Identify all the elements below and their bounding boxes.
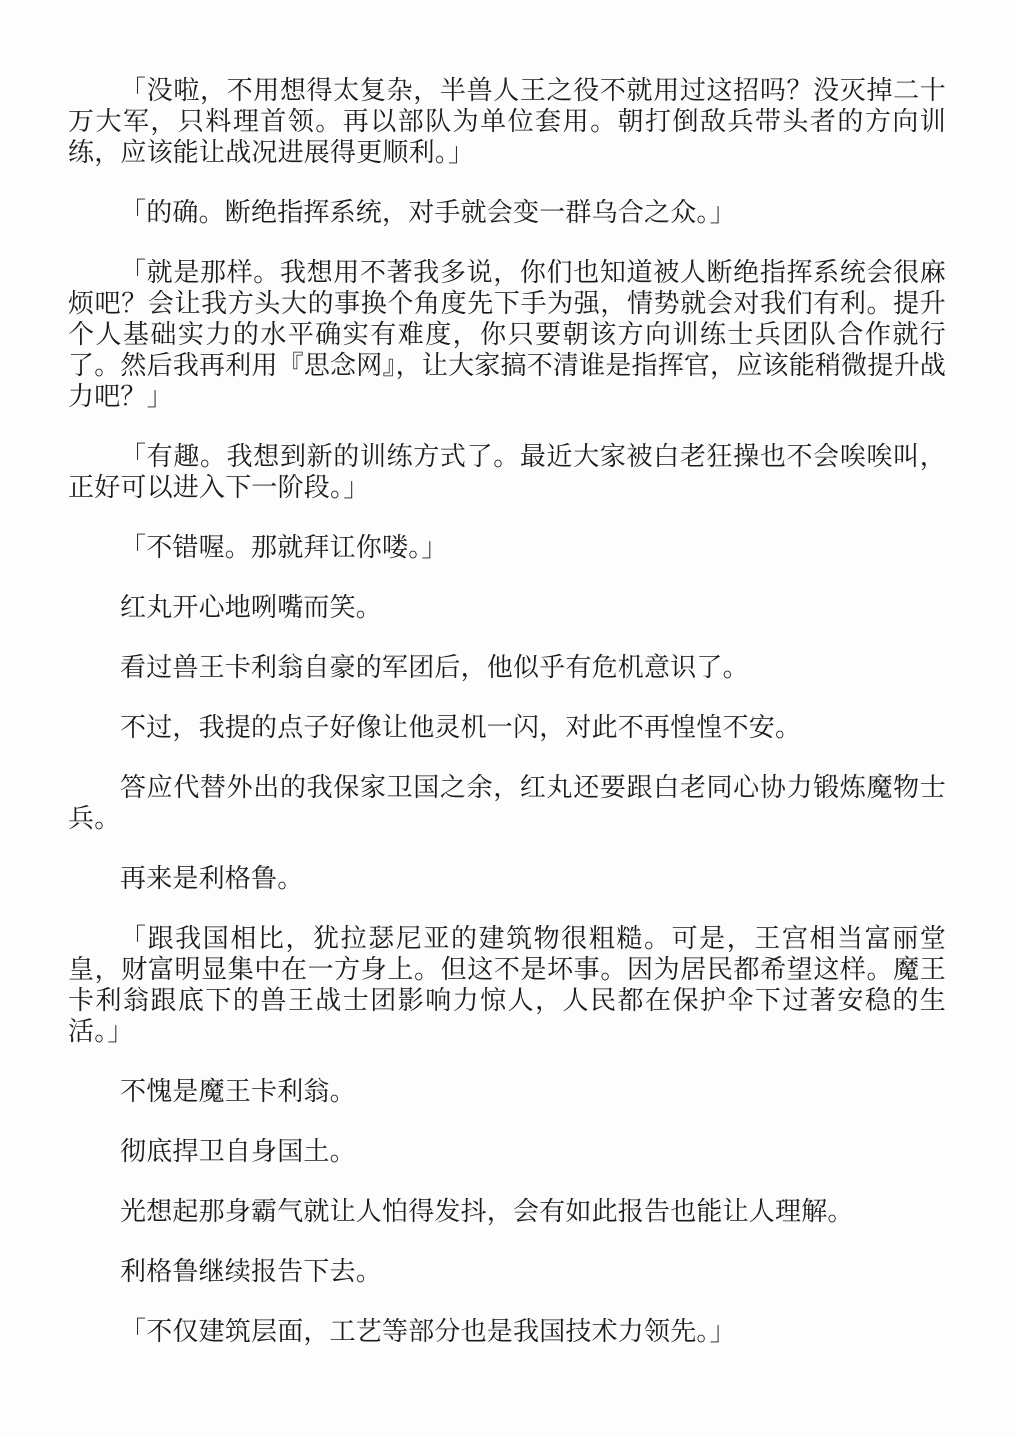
paragraph-dialogue: 「跟我国相比，犹拉瑟尼亚的建筑物很粗糙。可是，王宫相当富丽堂皇，财富明显集中在一… (68, 924, 946, 1048)
paragraph-narration: 看过兽王卡利翁自豪的军团后，他似乎有危机意识了。 (68, 653, 946, 684)
paragraph-dialogue: 「不错喔。那就拜讧你喽。」 (68, 533, 946, 564)
paragraph-narration: 光想起那身霸气就让人怕得发抖，会有如此报告也能让人理解。 (68, 1197, 946, 1228)
paragraph-dialogue: 「就是那样。我想用不著我多说，你们也知道被人断绝指挥系统会很麻烦吧？会让我方头大… (68, 258, 946, 413)
paragraph-narration: 再来是利格鲁。 (68, 864, 946, 895)
paragraph-narration: 答应代替外出的我保家卫国之余，红丸还要跟白老同心协力锻炼魔物士兵。 (68, 773, 946, 835)
paragraph-dialogue: 「没啦，不用想得太复杂，半兽人王之役不就用过这招吗？没灭掉二十万大军，只料理首领… (68, 76, 946, 169)
paragraph-narration: 红丸开心地咧嘴而笑。 (68, 593, 946, 624)
paragraph-narration: 不愧是魔王卡利翁。 (68, 1077, 946, 1108)
paragraph-narration: 利格鲁继续报告下去。 (68, 1257, 946, 1288)
paragraph-narration: 不过，我提的点子好像让他灵机一闪，对此不再惶惶不安。 (68, 713, 946, 744)
paragraph-narration: 彻底捍卫自身国土。 (68, 1137, 946, 1168)
paragraph-dialogue: 「有趣。我想到新的训练方式了。最近大家被白老狂操也不会唉唉叫，正好可以进入下一阶… (68, 442, 946, 504)
paragraph-dialogue: 「的确。断绝指挥系统，对手就会变一群乌合之众。」 (68, 198, 946, 229)
document-page: 「没啦，不用想得太复杂，半兽人王之役不就用过这招吗？没灭掉二十万大军，只料理首领… (68, 76, 946, 1377)
paragraph-dialogue: 「不仅建筑层面，工艺等部分也是我国技术力领先。」 (68, 1317, 946, 1348)
